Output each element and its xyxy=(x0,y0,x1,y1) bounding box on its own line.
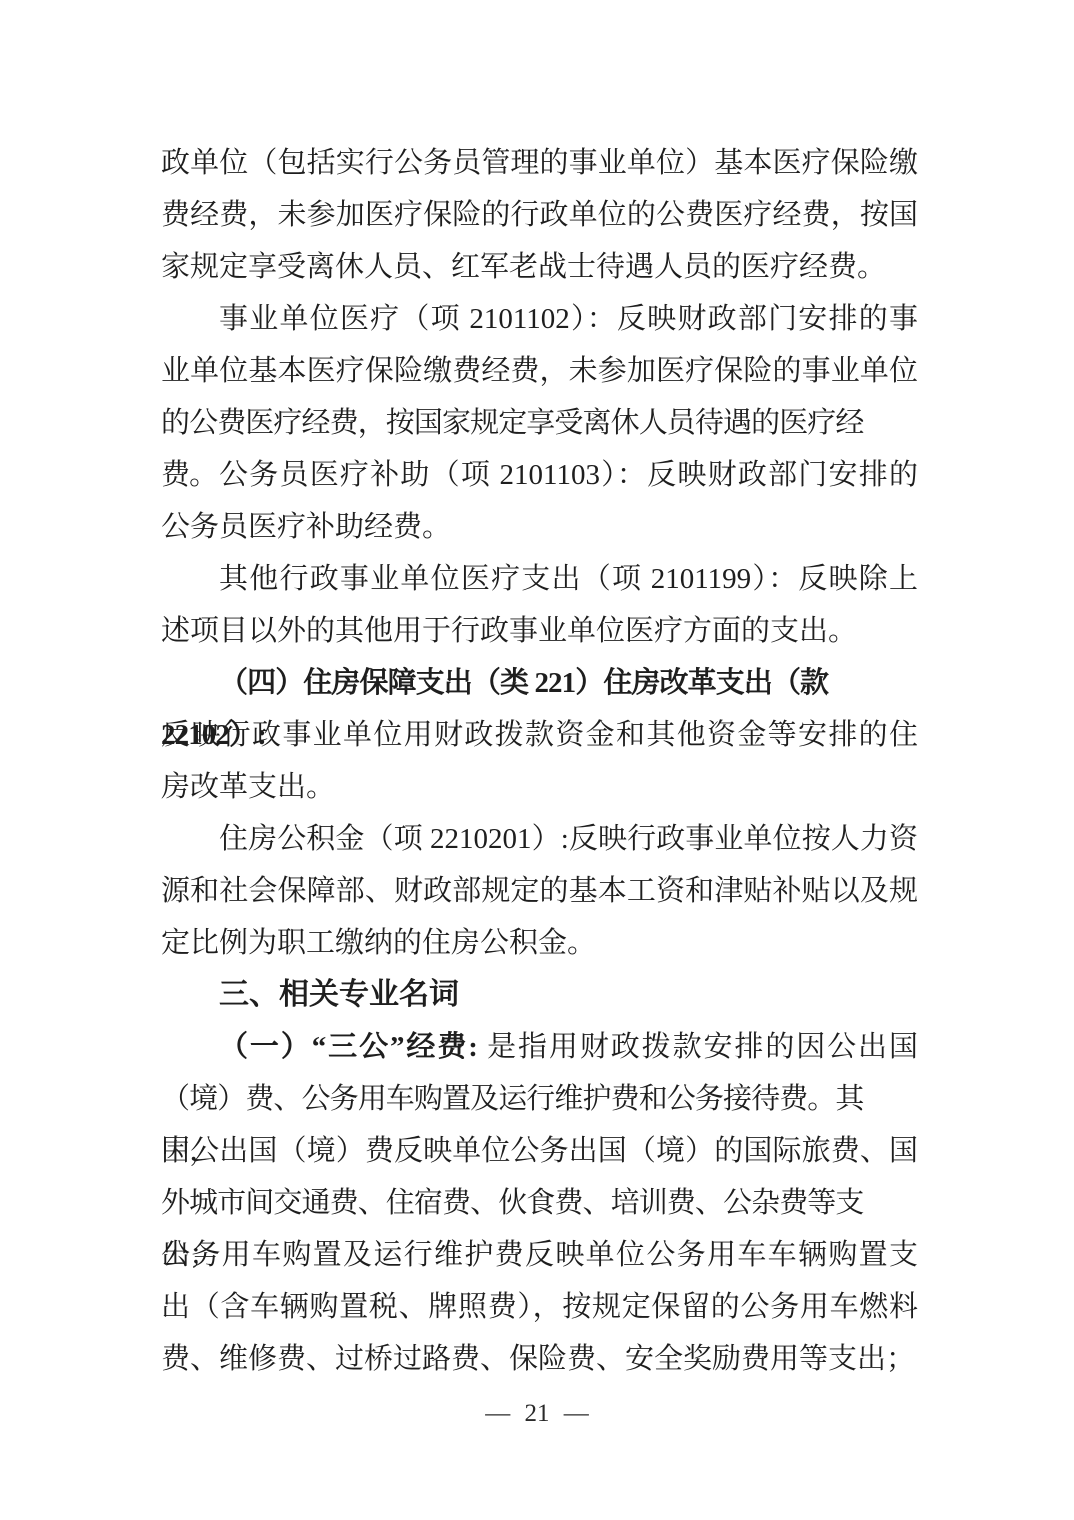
text: 费、维修费、过桥过路费、保险费、安全奖励费用等支出； xyxy=(161,1343,915,1375)
paragraph: 政单位（包括实行公务员管理的事业单位）基本医疗保险缴费经费，未参加医疗保险的行政… xyxy=(161,137,918,293)
text-line: 反映行政事业单位用财政拨款资金和其他资金等安排的住 xyxy=(161,709,918,761)
text-line: 三、相关专业名词 xyxy=(161,969,918,1021)
text-line: 公务用车购置及运行维护费反映单位公务用车车辆购置支 xyxy=(161,1229,918,1281)
bold-text: 三、相关专业名词 xyxy=(219,978,459,1011)
text: 家规定享受离休人员、红军老战士待遇人员的医疗经费。 xyxy=(161,251,886,283)
text-line: （四）住房保障支出（类 221）住房改革支出（款 22102）: xyxy=(161,657,918,709)
text-line: 其他行政事业单位医疗支出（项 2101199）：反映除上 xyxy=(161,553,918,605)
document-body: 政单位（包括实行公务员管理的事业单位）基本医疗保险缴费经费，未参加医疗保险的行政… xyxy=(161,137,918,1385)
text: 述项目以外的其他用于行政事业单位医疗方面的支出。 xyxy=(161,615,857,647)
text: 反映行政事业单位用财政拨款资金和其他资金等安排的住 xyxy=(161,719,918,751)
text: 因公出国（境）费反映单位公务出国（境）的国际旅费、国 xyxy=(161,1135,918,1167)
text-line: 房改革支出。 xyxy=(161,761,918,813)
text: 公务用车购置及运行维护费反映单位公务用车车辆购置支 xyxy=(161,1239,918,1271)
section-heading: 三、相关专业名词 xyxy=(161,969,918,1021)
text: 出（含车辆购置税、牌照费），按规定保留的公务用车燃料 xyxy=(161,1291,918,1323)
text-line: 费、维修费、过桥过路费、保险费、安全奖励费用等支出； xyxy=(161,1333,918,1385)
text-line: 住房公积金（项 2210201）:反映行政事业单位按人力资 xyxy=(161,813,918,865)
text: 其他行政事业单位医疗支出（项 2101199）：反映除上 xyxy=(219,563,918,595)
text-line: 的公费医疗经费，按国家规定享受离休人员待遇的医疗经费。 xyxy=(161,397,918,449)
text-line: 因公出国（境）费反映单位公务出国（境）的国际旅费、国 xyxy=(161,1125,918,1177)
text-line: 费经费，未参加医疗保险的行政单位的公费医疗经费，按国 xyxy=(161,189,918,241)
bold-text: （一）“三公”经费: xyxy=(219,1031,478,1063)
document-page: 政单位（包括实行公务员管理的事业单位）基本医疗保险缴费经费，未参加医疗保险的行政… xyxy=(0,0,1074,1520)
text-line: 源和社会保障部、财政部规定的基本工资和津贴补贴以及规 xyxy=(161,865,918,917)
paragraph: 事业单位医疗（项 2101102）：反映财政部门安排的事业单位基本医疗保险缴费经… xyxy=(161,293,918,449)
text-line: 出（含车辆购置税、牌照费），按规定保留的公务用车燃料 xyxy=(161,1281,918,1333)
text-line: 公务员医疗补助（项 2101103）：反映财政部门安排的 xyxy=(161,449,918,501)
text: 费经费，未参加医疗保险的行政单位的公费医疗经费，按国 xyxy=(161,199,918,231)
text-line: 事业单位医疗（项 2101102）：反映财政部门安排的事 xyxy=(161,293,918,345)
text: 政单位（包括实行公务员管理的事业单位）基本医疗保险缴 xyxy=(161,147,918,179)
text: 源和社会保障部、财政部规定的基本工资和津贴补贴以及规 xyxy=(161,875,918,907)
text: 住房公积金（项 2210201）:反映行政事业单位按人力资 xyxy=(219,823,918,855)
paragraph: （四）住房保障支出（类 221）住房改革支出（款 22102）:反映行政事业单位… xyxy=(161,657,918,813)
paragraph: （一）“三公”经费: 是指用财政拨款安排的因公出国（境）费、公务用车购置及运行维… xyxy=(161,1021,918,1385)
text-line: 定比例为职工缴纳的住房公积金。 xyxy=(161,917,918,969)
text: 是指用财政拨款安排的因公出国 xyxy=(478,1031,918,1063)
text-line: 述项目以外的其他用于行政事业单位医疗方面的支出。 xyxy=(161,605,918,657)
paragraph: 其他行政事业单位医疗支出（项 2101199）：反映除上述项目以外的其他用于行政… xyxy=(161,553,918,657)
text-line: 外城市间交通费、住宿费、伙食费、培训费、公杂费等支出； xyxy=(161,1177,918,1229)
text: 公务员医疗补助经费。 xyxy=(161,511,451,543)
page-footer: — 21 — xyxy=(0,1398,1074,1430)
page-number: — 21 — xyxy=(485,1400,589,1427)
text: 事业单位医疗（项 2101102）：反映财政部门安排的事 xyxy=(219,303,918,335)
paragraph: 公务员医疗补助（项 2101103）：反映财政部门安排的公务员医疗补助经费。 xyxy=(161,449,918,553)
text: 业单位基本医疗保险缴费经费，未参加医疗保险的事业单位 xyxy=(161,355,918,387)
text: 定比例为职工缴纳的住房公积金。 xyxy=(161,927,596,959)
text-line: 业单位基本医疗保险缴费经费，未参加医疗保险的事业单位 xyxy=(161,345,918,397)
text-line: 政单位（包括实行公务员管理的事业单位）基本医疗保险缴 xyxy=(161,137,918,189)
text: 房改革支出。 xyxy=(161,771,335,803)
text-line: （一）“三公”经费: 是指用财政拨款安排的因公出国 xyxy=(161,1021,918,1073)
text-line: 家规定享受离休人员、红军老战士待遇人员的医疗经费。 xyxy=(161,241,918,293)
text: 公务员医疗补助（项 2101103）：反映财政部门安排的 xyxy=(219,459,918,491)
text-line: （境）费、公务用车购置及运行维护费和公务接待费。其中， xyxy=(161,1073,918,1125)
text-line: 公务员医疗补助经费。 xyxy=(161,501,918,553)
paragraph: 住房公积金（项 2210201）:反映行政事业单位按人力资源和社会保障部、财政部… xyxy=(161,813,918,969)
